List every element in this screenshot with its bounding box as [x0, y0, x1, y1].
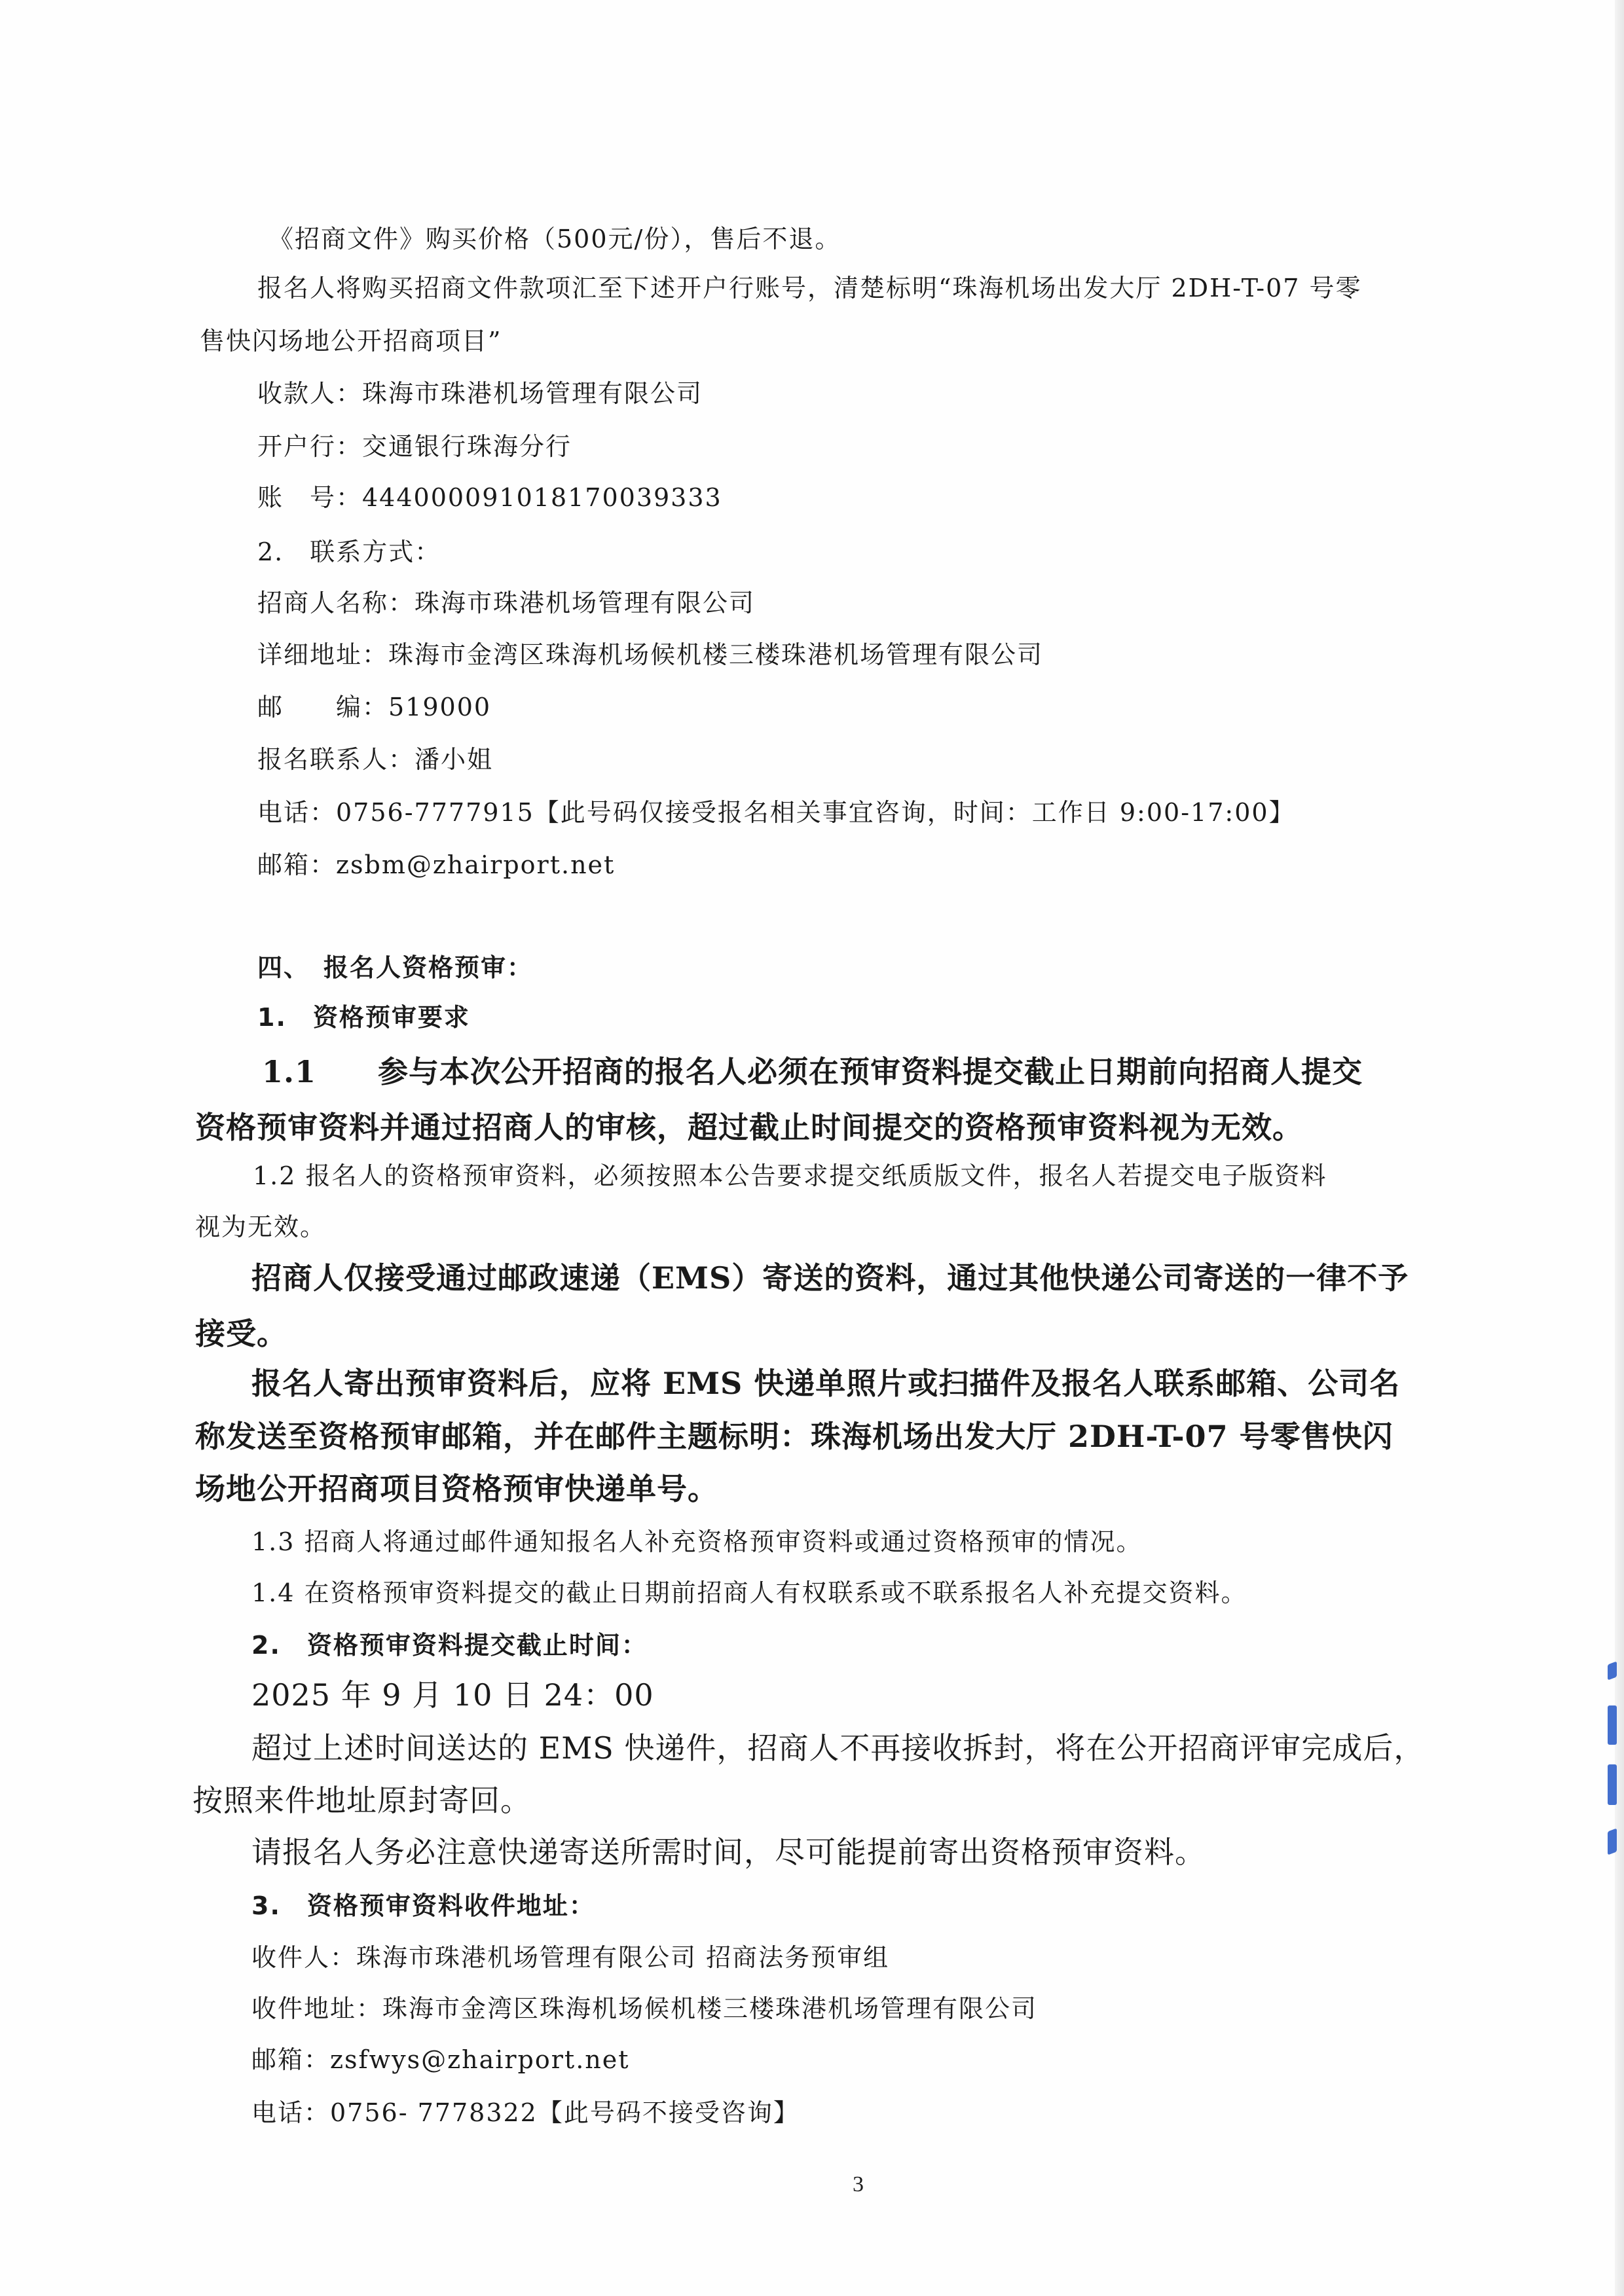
requirement-1-2-line-2: 视为无效。: [195, 1214, 326, 1239]
requirement-1-2-line-1: 1.2 报名人的资格预审资料，必须按照本公告要求提交纸质版文件，报名人若提交电子…: [253, 1163, 1327, 1188]
remittance-instruction-line-2: 售快闪场地公开招商项目”: [200, 329, 502, 354]
deadline-heading: 2. 资格预审资料提交截止时间：: [251, 1633, 648, 1658]
recipient-phone-line: 电话：0756- 7778322【此号码不接受咨询】: [251, 2100, 800, 2125]
ems-notice-line-2: 称发送至资格预审邮箱，并在邮件主题标明：珠海机场出发大厅 2DH-T-07 号零…: [195, 1421, 1393, 1451]
deadline-datetime: 2025 年 9 月 10 日 24：00: [251, 1680, 654, 1710]
ems-notice-line-1: 报名人寄出预审资料后，应将 EMS 快递单照片或扫描件及报名人联系邮箱、公司名: [251, 1368, 1400, 1398]
section-4-heading: 四、 报名人资格预审：: [257, 955, 533, 980]
requirement-1-4-line: 1.4 在资格预审资料提交的截止日期前招商人有权联系或不联系报名人补充提交资料。: [251, 1580, 1247, 1605]
requirement-1-1-line-1: 1.1 参与本次公开招商的报名人必须在预审资料提交截止日期前向招商人提交: [262, 1057, 1363, 1087]
page-number: 3: [853, 2172, 864, 2197]
ems-only-line-2: 接受。: [195, 1319, 287, 1349]
email-line: 邮箱：zsbm@zhairport.net: [257, 852, 615, 877]
postcode-line: 邮 编：519000: [257, 695, 491, 720]
bank-line: 开户行：交通银行珠海分行: [257, 434, 572, 459]
page-edge-shadow: [1615, 0, 1624, 2296]
ems-only-line-1: 招商人仅接受通过邮政速递（EMS）寄送的资料，通过其他快递公司寄送的一律不予: [251, 1263, 1409, 1293]
recipient-line: 收件人：珠海市珠港机场管理有限公司 招商法务预审组: [251, 1945, 889, 1970]
stamp-mark-4: [1608, 1828, 1617, 1855]
tenderer-name-line: 招商人名称：珠海市珠港机场管理有限公司: [257, 591, 755, 615]
account-number-line: 账 号：444000091018170039333: [257, 485, 722, 510]
late-delivery-line-2: 按照来件地址原封寄回。: [193, 1785, 531, 1815]
purchase-price-line: 《招商文件》购买价格（500元/份），售后不退。: [268, 227, 841, 251]
recipient-address-line: 收件地址：珠海市金湾区珠海机场候机楼三楼珠港机场管理有限公司: [251, 1996, 1037, 2021]
recipient-email-line: 邮箱：zsfwys@zhairport.net: [251, 2047, 630, 2072]
stamp-mark-2: [1608, 1705, 1617, 1745]
phone-line: 电话：0756-7777915【此号码仅接受报名相关事宜咨询，时间：工作日 9:…: [257, 800, 1295, 825]
document-page: 《招商文件》购买价格（500元/份），售后不退。 报名人将购买招商文件款项汇至下…: [0, 0, 1624, 2296]
ems-notice-line-3: 场地公开招商项目资格预审快递单号。: [195, 1474, 718, 1504]
stamp-mark-3: [1608, 1764, 1617, 1805]
requirement-1-1-line-2: 资格预审资料并通过招商人的审核，超过截止时间提交的资格预审资料视为无效。: [195, 1112, 1303, 1142]
requirement-1-3-line: 1.3 招商人将通过邮件通知报名人补充资格预审资料或通过资格预审的情况。: [251, 1529, 1143, 1554]
recipient-address-heading: 3. 资格预审资料收件地址：: [251, 1893, 595, 1918]
remittance-instruction-line-1: 报名人将购买招商文件款项汇至下述开户行账号，清楚标明“珠海机场出发大厅 2DH-…: [257, 276, 1362, 301]
contact-heading: 2. 联系方式：: [257, 539, 441, 564]
late-delivery-line-1: 超过上述时间送达的 EMS 快递件，招商人不再接收拆封，将在公开招商评审完成后，: [251, 1733, 1424, 1763]
address-line: 详细地址：珠海市金湾区珠海机场候机楼三楼珠港机场管理有限公司: [257, 642, 1043, 667]
contact-person-line: 报名联系人：潘小姐: [257, 747, 493, 772]
payee-line: 收款人：珠海市珠港机场管理有限公司: [257, 381, 703, 406]
shipping-advice-line: 请报名人务必注意快递寄送所需时间，尽可能提前寄出资格预审资料。: [251, 1837, 1206, 1867]
requirements-heading: 1. 资格预审要求: [257, 1005, 470, 1030]
